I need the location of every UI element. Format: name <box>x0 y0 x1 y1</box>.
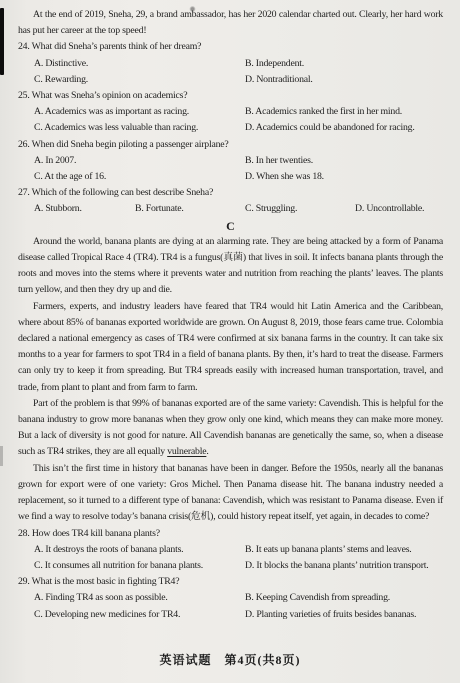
scan-edge-artifact <box>0 8 4 75</box>
text-run: Farmers, experts, and industry leaders h… <box>18 301 443 393</box>
option-label: A. <box>34 544 43 555</box>
option-C: C. Developing new medicines for TR4. <box>34 607 245 623</box>
option-label: B. <box>245 106 254 117</box>
option-label: B. <box>245 155 254 166</box>
option-label: C. <box>34 74 43 85</box>
option-label: D. <box>245 74 254 85</box>
passage-c-paragraph-2: Farmers, experts, and industry leaders h… <box>18 299 443 396</box>
option-A: A. It destroys the roots of banana plant… <box>34 542 245 558</box>
option-text: Nontraditional. <box>254 74 313 85</box>
option-C: C. At the age of 16. <box>34 169 245 185</box>
passage-c-paragraph-4: This isn’t the first time in history tha… <box>18 461 443 526</box>
option-A: A. Stubborn. <box>34 201 135 217</box>
option-A: A. Academics was as important as racing. <box>34 104 245 120</box>
options-grid: A. Academics was as important as racing.… <box>34 104 443 136</box>
option-text: When she was 18. <box>254 171 324 182</box>
option-text: In 2007. <box>43 155 76 166</box>
question-text: What did Sneha’s parents think of her dr… <box>30 41 202 52</box>
option-text: Finding TR4 as soon as possible. <box>43 592 168 603</box>
option-C: C. It consumes all nutrition for banana … <box>34 558 245 574</box>
options-grid: A. In 2007.B. In her twenties.C. At the … <box>34 153 443 185</box>
question-number: 26. <box>18 139 30 150</box>
option-label: D. <box>245 171 254 182</box>
option-label: C. <box>245 203 254 214</box>
option-text: It eats up banana plants’ stems and leav… <box>254 544 412 555</box>
question-number: 24. <box>18 41 30 52</box>
question-text: What is the most basic in fighting TR4? <box>30 576 180 587</box>
option-text: It consumes all nutrition for banana pla… <box>43 560 203 571</box>
option-label: B. <box>135 203 144 214</box>
option-C: C. Struggling. <box>245 201 355 217</box>
scan-edge-smear <box>0 446 3 466</box>
option-B: B. Independent. <box>245 56 443 72</box>
text-run: This isn’t the first time in history tha… <box>18 463 443 523</box>
question-24: 24. What did Sneha’s parents think of he… <box>18 39 443 88</box>
option-text: Academics ranked the first in her mind. <box>254 106 402 117</box>
option-D: D. It blocks the banana plants’ nutritio… <box>245 558 443 574</box>
option-text: It blocks the banana plants’ nutrition t… <box>254 560 428 571</box>
question-stem: 26. When did Sneha begin piloting a pass… <box>18 137 443 153</box>
intro-paragraph: At the end of 2019, Sneha, 29, a brand a… <box>18 7 443 39</box>
option-label: A. <box>34 203 43 214</box>
option-C: C. Academics was less valuable than raci… <box>34 120 245 136</box>
options-grid: A. Finding TR4 as soon as possible.B. Ke… <box>34 590 443 622</box>
question-number: 27. <box>18 187 30 198</box>
option-text: Uncontrollable. <box>364 203 424 214</box>
section-header: C <box>18 218 443 234</box>
question-text: Which of the following can best describe… <box>30 187 214 198</box>
question-29: 29. What is the most basic in fighting T… <box>18 574 443 623</box>
page-footer: 英语试题 第4页(共8页) <box>0 651 460 668</box>
option-text: In her twenties. <box>254 155 313 166</box>
option-text: Developing new medicines for TR4. <box>43 609 181 620</box>
text-run: Around the world, banana plants are dyin… <box>18 236 443 296</box>
option-D: D. Academics could be abandoned for raci… <box>245 120 443 136</box>
text-run: . <box>206 446 208 457</box>
option-label: A. <box>34 155 43 166</box>
option-B: B. Academics ranked the first in her min… <box>245 104 443 120</box>
option-text: Planting varieties of fruits besides ban… <box>254 609 416 620</box>
option-label: C. <box>34 609 43 620</box>
option-label: C. <box>34 560 43 571</box>
option-text: Academics was as important as racing. <box>43 106 189 117</box>
question-stem: 25. What was Sneha’s opinion on academic… <box>18 88 443 104</box>
page-content: At the end of 2019, Sneha, 29, a brand a… <box>18 7 443 623</box>
option-text: Independent. <box>254 58 304 69</box>
option-B: B. Keeping Cavendish from spreading. <box>245 590 443 606</box>
option-D: D. Uncontrollable. <box>355 201 443 217</box>
option-A: A. Finding TR4 as soon as possible. <box>34 590 245 606</box>
option-text: Distinctive. <box>43 58 88 69</box>
option-text: Fortunate. <box>144 203 184 214</box>
option-text: Academics could be abandoned for racing. <box>254 122 414 133</box>
options-grid: A. Stubborn.B. Fortunate.C. Struggling.D… <box>34 201 443 217</box>
option-text: It destroys the roots of banana plants. <box>43 544 183 555</box>
question-26: 26. When did Sneha begin piloting a pass… <box>18 137 443 186</box>
question-text: When did Sneha begin piloting a passenge… <box>30 139 229 150</box>
option-D: D. Nontraditional. <box>245 72 443 88</box>
option-label: D. <box>245 122 254 133</box>
question-number: 25. <box>18 90 30 101</box>
option-label: A. <box>34 58 43 69</box>
option-A: A. Distinctive. <box>34 56 245 72</box>
question-stem: 28. How does TR4 kill banana plants? <box>18 526 443 542</box>
option-D: D. Planting varieties of fruits besides … <box>245 607 443 623</box>
underlined-word: vulnerable <box>167 446 206 457</box>
question-stem: 29. What is the most basic in fighting T… <box>18 574 443 590</box>
option-label: D. <box>245 560 254 571</box>
option-C: C. Rewarding. <box>34 72 245 88</box>
options-grid: A. Distinctive.B. Independent.C. Rewardi… <box>34 56 443 88</box>
question-25: 25. What was Sneha’s opinion on academic… <box>18 88 443 137</box>
option-B: B. In her twenties. <box>245 153 443 169</box>
option-label: C. <box>34 171 43 182</box>
option-A: A. In 2007. <box>34 153 245 169</box>
option-label: B. <box>245 58 254 69</box>
question-27: 27. Which of the following can best desc… <box>18 185 443 217</box>
option-text: Rewarding. <box>43 74 88 85</box>
option-D: D. When she was 18. <box>245 169 443 185</box>
option-B: B. Fortunate. <box>135 201 245 217</box>
question-text: How does TR4 kill banana plants? <box>30 528 160 539</box>
footer-page-label: 英语试题 第4页(共8页) <box>160 653 301 667</box>
question-text: What was Sneha’s opinion on academics? <box>30 90 188 101</box>
exam-page-scan: At the end of 2019, Sneha, 29, a brand a… <box>0 0 460 683</box>
question-stem: 24. What did Sneha’s parents think of he… <box>18 39 443 55</box>
question-stem: 27. Which of the following can best desc… <box>18 185 443 201</box>
question-number: 29. <box>18 576 30 587</box>
option-text: Academics was less valuable than racing. <box>43 122 199 133</box>
option-label: B. <box>245 592 254 603</box>
option-text: Struggling. <box>254 203 298 214</box>
passage-c-paragraph-1: Around the world, banana plants are dyin… <box>18 234 443 299</box>
text-run: Part of the problem is that 99% of banan… <box>18 398 443 458</box>
text-run: At the end of 2019, Sneha, 29, a brand a… <box>18 9 443 36</box>
options-grid: A. It destroys the roots of banana plant… <box>34 542 443 574</box>
option-label: B. <box>245 544 254 555</box>
option-text: Stubborn. <box>43 203 82 214</box>
passage-c-paragraph-3: Part of the problem is that 99% of banan… <box>18 396 443 461</box>
option-label: D. <box>355 203 364 214</box>
question-number: 28. <box>18 528 30 539</box>
option-text: At the age of 16. <box>43 171 107 182</box>
question-28: 28. How does TR4 kill banana plants?A. I… <box>18 526 443 575</box>
option-label: C. <box>34 122 43 133</box>
option-label: A. <box>34 592 43 603</box>
option-B: B. It eats up banana plants’ stems and l… <box>245 542 443 558</box>
option-label: A. <box>34 106 43 117</box>
option-label: D. <box>245 609 254 620</box>
option-text: Keeping Cavendish from spreading. <box>254 592 390 603</box>
